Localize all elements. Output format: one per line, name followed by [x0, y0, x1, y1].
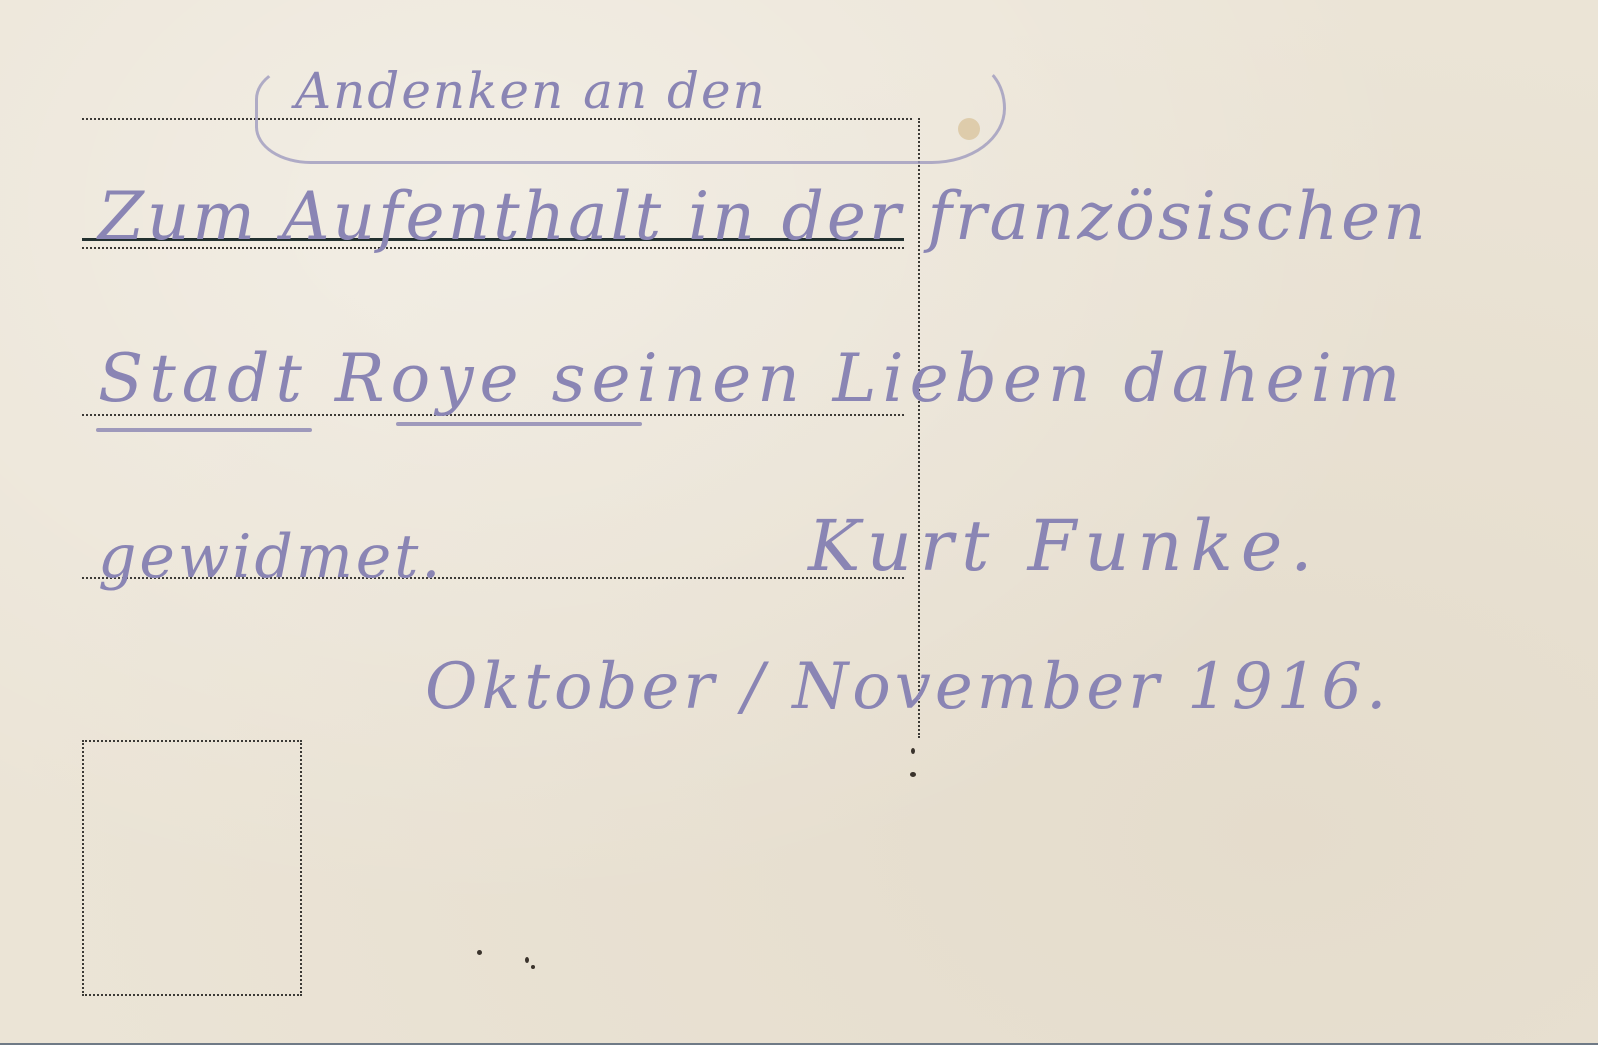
ink-speck	[477, 950, 482, 955]
ink-speck	[525, 957, 529, 963]
underline-roye	[396, 422, 642, 426]
handwritten-line-3: gewidmet.	[98, 522, 443, 592]
stamp-box	[82, 740, 302, 996]
ink-speck	[531, 965, 535, 969]
handwritten-line-1: Zum Aufenthalt in der französischen	[98, 178, 1429, 255]
underline-stadt	[96, 428, 312, 432]
handwritten-line-2: Stadt Roye seinen Lieben daheim	[98, 340, 1406, 417]
ink-speck	[910, 772, 916, 777]
handwritten-date: Oktober / November 1916.	[425, 650, 1390, 724]
handwritten-heading: Andenken an den	[295, 62, 767, 120]
postcard-back: Andenken an den Zum Aufenthalt in der fr…	[0, 0, 1598, 1045]
ink-speck	[911, 748, 915, 754]
handwritten-signature: Kurt Funke.	[808, 505, 1321, 587]
